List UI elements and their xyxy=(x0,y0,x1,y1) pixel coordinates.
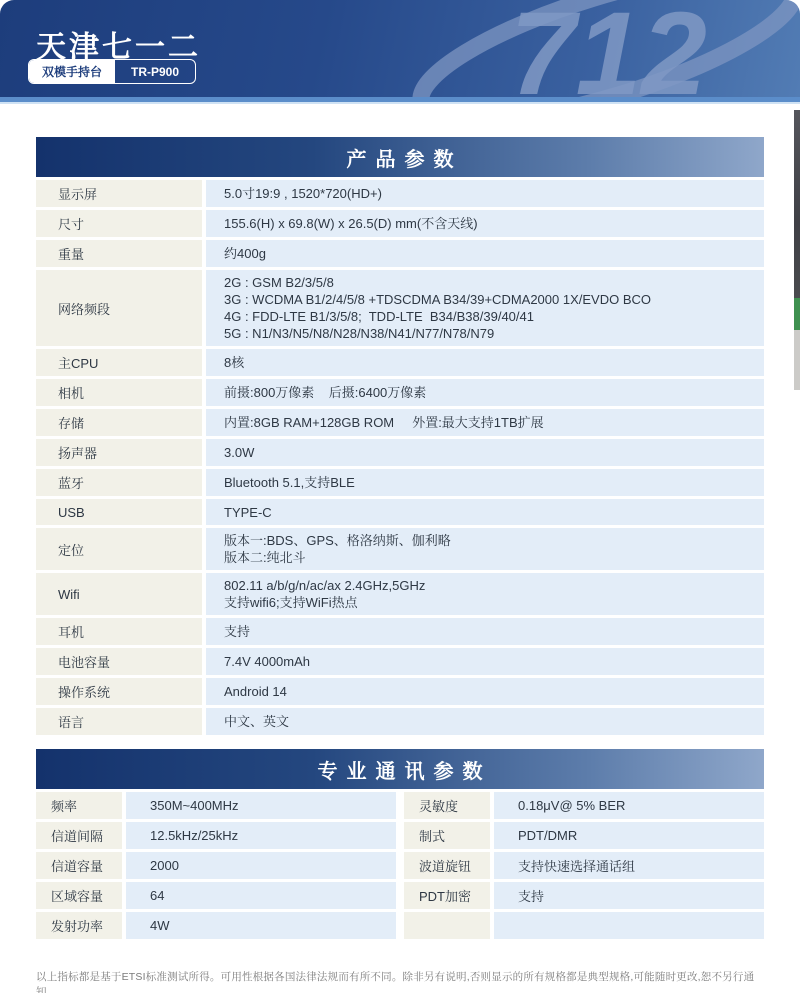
section-title-product-params: 产品参数 xyxy=(36,137,764,177)
comm-value-right: 支持快速选择通话组 xyxy=(494,852,764,879)
spec-value: Bluetooth 5.1,支持BLE xyxy=(206,469,764,496)
header-band: 712 天津七一二 双模手持台 TR-P900 xyxy=(0,0,800,97)
badge-device-type: 双模手持台 xyxy=(29,60,115,83)
spec-label: 显示屏 xyxy=(36,180,202,207)
spec-value-line: 版本二:纯北斗 xyxy=(224,549,756,566)
spec-label: 相机 xyxy=(36,379,202,406)
spec-row: 扬声器3.0W xyxy=(36,439,764,466)
spec-label: 操作系统 xyxy=(36,678,202,705)
comm-value-right: 0.18μV@ 5% BER xyxy=(494,792,764,819)
spec-value: 155.6(H) x 69.8(W) x 26.5(D) mm(不含天线) xyxy=(206,210,764,237)
spec-value-line: 802.11 a/b/g/n/ac/ax 2.4GHz,5GHz xyxy=(224,577,756,594)
spec-value-line: 3.0W xyxy=(224,444,756,461)
spec-row: 操作系统Android 14 xyxy=(36,678,764,705)
spec-value-line: 5.0寸19:9 , 1520*720(HD+) xyxy=(224,185,756,202)
comm-value-left: 2000 xyxy=(126,852,396,879)
spec-value: 8核 xyxy=(206,349,764,376)
logo-712-watermark: 712 xyxy=(398,0,800,97)
spec-label: 主CPU xyxy=(36,349,202,376)
spec-row: 定位版本一:BDS、GPS、格洛纳斯、伽利略版本二:纯北斗 xyxy=(36,528,764,570)
section-title-comm-params: 专业通讯参数 xyxy=(36,749,764,789)
photo-edge-dark-segment xyxy=(794,110,800,298)
comm-label-right xyxy=(404,912,490,939)
comm-value-right xyxy=(494,912,764,939)
spec-value: TYPE-C xyxy=(206,499,764,525)
spec-label: 耳机 xyxy=(36,618,202,645)
spec-label: 电池容量 xyxy=(36,648,202,675)
spec-value: 3.0W xyxy=(206,439,764,466)
spec-row: 相机前摄:800万像素 后摄:6400万像素 xyxy=(36,379,764,406)
spec-value-line: 5G : N1/N3/N5/N8/N28/N38/N41/N77/N78/N79 xyxy=(224,325,756,342)
spec-label: 语言 xyxy=(36,708,202,735)
spec-row: 尺寸155.6(H) x 69.8(W) x 26.5(D) mm(不含天线) xyxy=(36,210,764,237)
spec-value-line: 约400g xyxy=(224,245,756,262)
spec-value: 内置:8GB RAM+128GB ROM 外置:最大支持1TB扩展 xyxy=(206,409,764,436)
spec-value-line: 中文、英文 xyxy=(224,713,756,730)
spec-value-line: 版本一:BDS、GPS、格洛纳斯、伽利略 xyxy=(224,532,756,549)
photo-edge-light-segment xyxy=(794,330,800,390)
spec-value-line: 2G : GSM B2/3/5/8 xyxy=(224,274,756,291)
logo-712-text: 712 xyxy=(510,0,707,97)
spec-value: 支持 xyxy=(206,618,764,645)
spec-row: 电池容量7.4V 4000mAh xyxy=(36,648,764,675)
spec-value: Android 14 xyxy=(206,678,764,705)
spec-value-line: 前摄:800万像素 后摄:6400万像素 xyxy=(224,384,756,401)
comm-row: 区域容量64PDT加密支持 xyxy=(36,882,764,909)
comm-label-right: PDT加密 xyxy=(404,882,490,909)
comm-row: 信道容量2000波道旋钮支持快速选择通话组 xyxy=(36,852,764,879)
spec-value-line: 内置:8GB RAM+128GB ROM 外置:最大支持1TB扩展 xyxy=(224,414,756,431)
comm-value-left: 4W xyxy=(126,912,396,939)
spec-value: 版本一:BDS、GPS、格洛纳斯、伽利略版本二:纯北斗 xyxy=(206,528,764,570)
spec-value-line: 3G : WCDMA B1/2/4/5/8 +TDSCDMA B34/39+CD… xyxy=(224,291,756,308)
comm-value-right: 支持 xyxy=(494,882,764,909)
cropped-photo-edge-strip xyxy=(794,110,800,390)
spec-value-line: 支持 xyxy=(224,623,756,640)
spec-row: 耳机支持 xyxy=(36,618,764,645)
comm-label-left: 发射功率 xyxy=(36,912,122,939)
spec-label: 重量 xyxy=(36,240,202,267)
spec-label: USB xyxy=(36,499,202,525)
spec-value: 802.11 a/b/g/n/ac/ax 2.4GHz,5GHz支持wifi6;… xyxy=(206,573,764,615)
spec-value: 前摄:800万像素 后摄:6400万像素 xyxy=(206,379,764,406)
spec-row: 网络频段2G : GSM B2/3/5/83G : WCDMA B1/2/4/5… xyxy=(36,270,764,346)
spec-label: 扬声器 xyxy=(36,439,202,466)
comm-value-left: 350M~400MHz xyxy=(126,792,396,819)
footer-note: 以上指标都是基于ETSI标准测试所得。可用性根据各国法律法规而有所不同。除非另有… xyxy=(36,969,764,993)
comm-label-left: 区域容量 xyxy=(36,882,122,909)
comm-label-left: 频率 xyxy=(36,792,122,819)
comm-label-left: 信道间隔 xyxy=(36,822,122,849)
comm-row: 发射功率4W xyxy=(36,912,764,939)
photo-edge-green-segment xyxy=(794,298,800,330)
spec-value-line: 7.4V 4000mAh xyxy=(224,653,756,670)
spec-label: 尺寸 xyxy=(36,210,202,237)
spec-value-line: 支持wifi6;支持WiFi热点 xyxy=(224,594,756,611)
model-badge: 双模手持台 TR-P900 xyxy=(28,59,196,84)
comm-label-right: 波道旋钮 xyxy=(404,852,490,879)
comm-value-left: 64 xyxy=(126,882,396,909)
spec-label: 定位 xyxy=(36,528,202,570)
spec-label: Wifi xyxy=(36,573,202,615)
comm-value-left: 12.5kHz/25kHz xyxy=(126,822,396,849)
comm-label-left: 信道容量 xyxy=(36,852,122,879)
spec-label: 网络频段 xyxy=(36,270,202,346)
spec-value-line: Android 14 xyxy=(224,683,756,700)
spec-value-line: 4G : FDD-LTE B1/3/5/8; TDD-LTE B34/B38/3… xyxy=(224,308,756,325)
spec-label: 蓝牙 xyxy=(36,469,202,496)
spec-row: Wifi802.11 a/b/g/n/ac/ax 2.4GHz,5GHz支持wi… xyxy=(36,573,764,615)
comm-label-right: 制式 xyxy=(404,822,490,849)
spec-value-line: 8核 xyxy=(224,354,756,371)
comm-value-right: PDT/DMR xyxy=(494,822,764,849)
comm-table-rows: 频率350M~400MHz灵敏度0.18μV@ 5% BER信道间隔12.5kH… xyxy=(36,792,764,939)
spec-row: 语言中文、英文 xyxy=(36,708,764,735)
spec-value: 2G : GSM B2/3/5/83G : WCDMA B1/2/4/5/8 +… xyxy=(206,270,764,346)
spec-value: 约400g xyxy=(206,240,764,267)
spec-row: USBTYPE-C xyxy=(36,499,764,525)
spec-value: 5.0寸19:9 , 1520*720(HD+) xyxy=(206,180,764,207)
spec-row: 主CPU8核 xyxy=(36,349,764,376)
comm-row: 信道间隔12.5kHz/25kHz制式PDT/DMR xyxy=(36,822,764,849)
badge-model-number: TR-P900 xyxy=(115,60,195,83)
product-table-rows: 显示屏5.0寸19:9 , 1520*720(HD+)尺寸155.6(H) x … xyxy=(36,180,764,735)
spec-label: 存储 xyxy=(36,409,202,436)
spec-row: 显示屏5.0寸19:9 , 1520*720(HD+) xyxy=(36,180,764,207)
band-accent-strip-light xyxy=(0,102,800,104)
spec-value: 7.4V 4000mAh xyxy=(206,648,764,675)
spec-row: 蓝牙Bluetooth 5.1,支持BLE xyxy=(36,469,764,496)
spec-value: 中文、英文 xyxy=(206,708,764,735)
spec-value-line: TYPE-C xyxy=(224,504,756,521)
spec-row: 重量约400g xyxy=(36,240,764,267)
main-content: 产品参数 显示屏5.0寸19:9 , 1520*720(HD+)尺寸155.6(… xyxy=(36,137,764,939)
comm-row: 频率350M~400MHz灵敏度0.18μV@ 5% BER xyxy=(36,792,764,819)
spec-value-line: 155.6(H) x 69.8(W) x 26.5(D) mm(不含天线) xyxy=(224,215,756,232)
spec-value-line: Bluetooth 5.1,支持BLE xyxy=(224,474,756,491)
comm-label-right: 灵敏度 xyxy=(404,792,490,819)
spec-row: 存储内置:8GB RAM+128GB ROM 外置:最大支持1TB扩展 xyxy=(36,409,764,436)
